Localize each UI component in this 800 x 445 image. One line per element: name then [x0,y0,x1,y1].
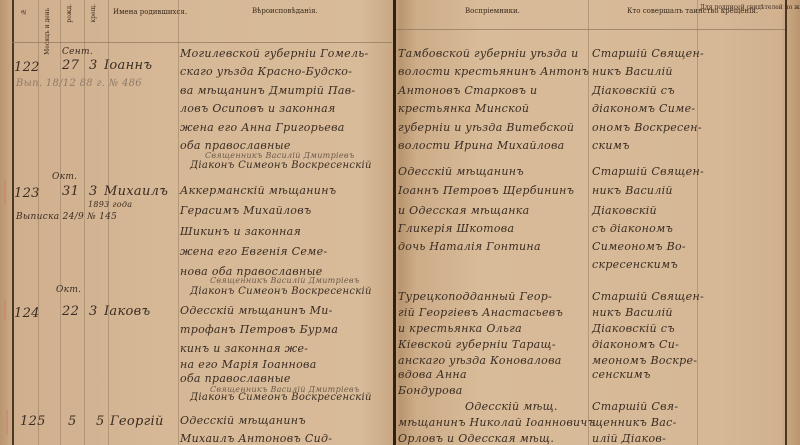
book-gutter [393,0,396,445]
priest-line: съ діакономъ [592,222,673,235]
priest-line: никъ Василій [592,184,673,197]
parents-line: Одесскій мѣщанинъ Ми- [180,304,333,317]
record-birth-day: 31 [62,184,79,199]
record-number: 123 [14,186,40,201]
right-border-rule [785,0,787,445]
column-rule [178,0,179,445]
header-notes: Для подписей свидѣтелей по желанію [700,4,800,11]
priest-line: щенникъ Вас- [592,416,677,429]
header-rule-right [396,29,785,30]
godparents-line: волости крестьянинъ Антонъ [398,65,589,78]
priest-line: діакономъ Си- [592,338,679,351]
parents-line: на его Марія Іоаннова [180,358,317,371]
godparents-line: вдова Анна [398,368,467,381]
godparents-line: Антоновъ Старковъ и [398,84,537,97]
parents-line: ва мѣщанинъ Дмитрій Пав- [180,84,355,97]
godparents-line: гій Георгіевъ Анастасьевъ [398,306,563,319]
record-baptism-day: 5 [96,414,105,429]
record-child-name: Михаилъ [104,184,168,199]
open-register-book: № Месяцъ и день рожд. крещ. Имена родивш… [0,0,800,445]
parents-line: Герасимъ Михайловъ [180,204,312,217]
column-rule [84,0,85,445]
godparents-line: анскаго уѣзда Коновалова [398,354,562,367]
record-number: 122 [14,60,40,75]
priest-line: ономъ Воскресен- [592,121,702,134]
record-baptism-day: 3 [89,184,98,199]
godparents-line: Орловъ и Одесская мѣщ. [398,432,554,445]
record-birth-day: 5 [68,414,77,429]
priest-line: Старшій Священ- [592,47,704,60]
priest-line: Діаковскій [592,204,657,217]
priest-line: Діаковскій съ [592,84,675,97]
parents-line: Аккерманскій мѣщанинъ [180,184,336,197]
parents-line: Одесскій мѣщанинъ [180,414,306,427]
priest-line: никъ Василій [592,65,673,78]
godparents-line: Тамбовской губерніи уѣзда и [398,47,579,60]
parents-line: скаго уѣзда Красно-Будско- [180,65,352,78]
priest-line: никъ Василій [592,306,673,319]
priest-line: Старшій Священ- [592,165,704,178]
signature-deacon: Діаконъ Симеонъ Воскресенскій [190,392,372,403]
godparents-line: и крестьянка Ольга [398,322,522,335]
priest-line: илій Діаков- [592,432,666,445]
godparents-line: Турецкоподданный Геор- [398,290,552,303]
column-rule [60,0,61,445]
godparents-line: и Одесская мѣщанка [398,204,529,217]
record-margin-note: Вып. 18/12 88 г. № 486 [16,78,142,89]
margin-mark [6,410,8,435]
godparents-line: Гликерія Шкотова [398,222,514,235]
godparents-line: дочь Наталія Гонтина [398,240,541,253]
priest-line: діакономъ Симе- [592,102,695,115]
godparents-line: Одесскій мѣщанинъ [398,165,524,178]
record-birth-day: 22 [62,304,79,319]
priest-line: Симеономъ Во- [592,240,686,253]
margin-mark [4,300,6,320]
godparents-line: мѣщанинъ Николай Іоанновичъ [398,416,595,429]
parents-line: оба православные [180,372,291,385]
record-month: Сент. [62,47,93,57]
record-child-name: Іаковъ [104,304,151,319]
column-rule [697,0,698,445]
record-margin-note: Выписка 24/9 № 145 [16,212,117,222]
record-number: 124 [14,306,40,321]
signature-deacon: Діаконъ Симеонъ Воскресенскій [190,160,372,171]
margin-mark [4,180,6,205]
header-month-birth: Месяцъ и день [44,8,51,55]
priest-line: скимъ [592,139,630,152]
header-number: № [20,8,27,15]
parents-line: трофанъ Петровъ Бурма [180,323,338,336]
priest-line: Діаковскій съ [592,322,675,335]
parents-line: Могилевской губерніи Гомель- [180,47,369,60]
parents-line: жена его Евгенія Семе- [180,245,327,258]
header-baptized: крещ. [90,4,97,23]
godparents-line: Одесскій мѣщ. [465,400,558,413]
record-name-note: 1893 года [88,200,132,209]
record-child-name: Георгій [110,414,164,429]
record-month: Окт. [56,285,81,295]
priest-line: меономъ Воскре- [592,354,697,367]
priest-line: Старшій Свя- [592,400,678,413]
header-names: Имена родившихся. [113,8,187,16]
godparents-line: Кіевской губерніи Таращ- [398,338,556,351]
godparents-line: Іоаннъ Петровъ Щербининъ [398,184,574,197]
record-birth-day: 27 [62,58,79,73]
header-parents: Вѣроисповѣданія. [252,7,318,15]
parents-line: Михаилъ Антоновъ Сид- [180,432,332,445]
signature-priest: Священникъ Василій Дмитріевъ [205,151,354,160]
parents-line: кинъ и законная же- [180,342,308,355]
signature-deacon: Діаконъ Симеонъ Воскресенскій [190,286,372,297]
header-born: рожд. [66,4,73,23]
priest-line: скресенскимъ [592,258,678,271]
parents-line: ловъ Осиповъ и законная [180,102,336,115]
header-godparents: Воспріемники. [465,7,520,15]
parents-line: Шикинъ и законная [180,225,301,238]
record-baptism-day: 3 [89,58,98,73]
record-number: 125 [20,414,46,429]
record-baptism-day: 3 [89,304,98,319]
record-month: Окт. [52,172,77,182]
priest-line: сенскимъ [592,368,651,381]
record-child-name: Іоаннъ [104,58,152,73]
header-rule-left [12,42,392,43]
signature-priest: Священникъ Василій Дмитріевъ [210,276,359,285]
godparents-line: крестьянка Минской [398,102,529,115]
godparents-line: Бондурова [398,384,463,397]
parents-line: жена его Анна Григорьева [180,121,345,134]
priest-line: Старшій Священ- [592,290,704,303]
